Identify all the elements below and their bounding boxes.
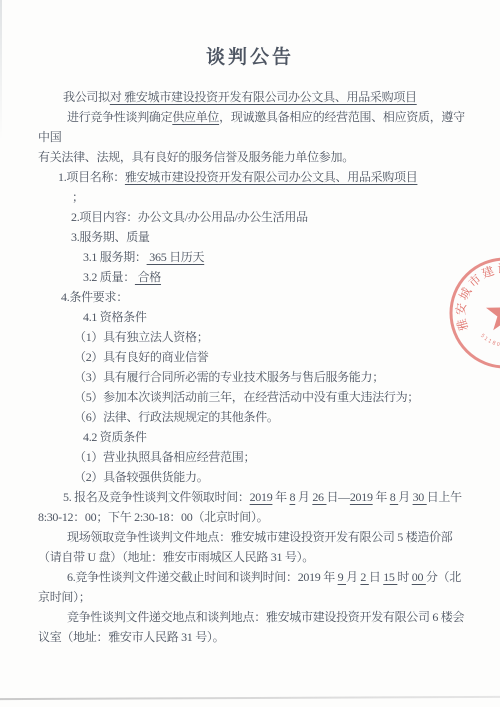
text-segment: 2.项目内容：办公文具/办公用品/办公生活用品 (71, 210, 308, 224)
clause-3: （3）具有履行合同所必需的专业技术服务与售后服务能力； (38, 367, 466, 387)
intro-line-2: 进行竞争性谈判确定供应单位，现诚邀具备相应的经营范围、相应资质，遵守中国 (38, 107, 466, 147)
clause-2: （2）具有良好的商业信誉 (38, 347, 466, 367)
text-segment: 竞争性谈判文件递交地点和谈判地点：雅安城市建设投资开发有限公司 6 楼会议室（地… (38, 610, 464, 644)
underlined-text: 雅安城市建设投资开发有限公司办公文具、用品采购项目 (125, 170, 418, 184)
intro-line-1: 我公司拟对 雅安城市建设投资开发有限公司办公文具、用品采购项目 (38, 87, 466, 107)
text-segment: 3.1 服务期： (83, 250, 147, 264)
underlined-text: 26 (312, 490, 326, 504)
text-segment: （6）法律、行政法规规定的其他条件。 (74, 410, 279, 424)
underlined-text: 供应单位 (172, 110, 219, 124)
pickup-location: 现场领取竞争性谈判文件地点：雅安城市建设投资开发有限公司 5 楼造价部（请自带 … (38, 527, 466, 567)
intro-line-3: 有关法律、法规，具有良好的服务信誉及服务能力单位参加。 (38, 147, 466, 167)
item-3-service-quality: 3.服务期、质量 (38, 227, 466, 247)
text-segment: 4.1 资格条件 (83, 310, 147, 324)
underlined-text: 00 (412, 570, 426, 584)
text-segment: 有关法律、法规，具有良好的服务信誉及服务能力单位参加。 (38, 150, 354, 164)
text-segment: 现场领取竞争性谈判文件地点：雅安城市建设投资开发有限公司 5 楼造价部（请自带 … (38, 530, 453, 564)
underlined-text: 8 (390, 490, 398, 504)
text-segment: 日— (326, 490, 349, 504)
text-segment: 4.2 资质条件 (83, 430, 147, 444)
underlined-text: 对 雅安城市建设投资开发有限公司办公文具、用品采购项目 (110, 90, 417, 104)
scanned-page: 谈判公告 我公司拟对 雅安城市建设投资开发有限公司办公文具、用品采购项目进行竞争… (0, 0, 500, 707)
item-1-semicolon: ； (38, 187, 466, 207)
underlined-text: 合格 (135, 270, 161, 284)
underlined-text: 2 (360, 570, 368, 584)
document-body: 我公司拟对 雅安城市建设投资开发有限公司办公文具、用品采购项目进行竞争性谈判确定… (0, 71, 500, 647)
text-segment: 6.竞争性谈判文件递交截止时间和谈判时间：2019 年 (67, 570, 338, 584)
item-4-requirements: 4.条件要求： (38, 287, 466, 307)
text-segment: 年 (373, 490, 390, 504)
text-segment: 1.项目名称： (58, 170, 125, 184)
text-segment: 进行竞争性谈判确定 (67, 110, 172, 124)
clause-1: （1）具有独立法人资格； (38, 327, 466, 347)
page-bottom-edge (0, 695, 500, 699)
text-segment: 月 (346, 570, 360, 584)
underlined-text: 30 (413, 490, 427, 504)
text-segment: 4.条件要求： (61, 290, 128, 304)
text-segment: ； (72, 190, 84, 204)
page-title: 谈判公告 (0, 0, 500, 71)
text-segment: （3）具有履行合同所必需的专业技术服务与售后服务能力； (74, 370, 384, 384)
item-4-1-qualification: 4.1 资格条件 (38, 307, 466, 327)
submission-location: 竞争性谈判文件递交地点和谈判地点：雅安城市建设投资开发有限公司 6 楼会议室（地… (38, 607, 466, 647)
clause-6: （6）法律、行政法规规定的其他条件。 (38, 407, 466, 427)
text-segment: 5. 报名及竞争性谈判文件领取时间： (63, 490, 250, 504)
text-segment: （1）具有独立法人资格； (74, 330, 208, 344)
item-3-1-service-period: 3.1 服务期： 365 日历天 (38, 247, 466, 267)
underlined-text: 2019 (350, 490, 373, 504)
item-6-submission-deadline: 6.竞争性谈判文件递交截止时间和谈判时间：2019 年 9 月 2 日 15 时… (38, 567, 466, 607)
text-segment: 年 (272, 490, 289, 504)
text-segment: （2）具备较强供货能力。 (74, 470, 208, 484)
underlined-text: 365 日历天 (147, 250, 205, 264)
clause-5: （5）参加本次谈判活动前三年，在经营活动中没有重大违法行为； (38, 387, 466, 407)
text-segment: （5）参加本次谈判活动前三年，在经营活动中没有重大违法行为； (74, 390, 419, 404)
page-left-edge (0, 0, 2, 140)
item-1-project-name: 1.项目名称：雅安城市建设投资开发有限公司办公文具、用品采购项目 (38, 167, 466, 187)
text-segment: 3.2 质量： (83, 270, 135, 284)
text-segment: 月 (398, 490, 412, 504)
text-segment: （1）营业执照具备相应经营范围； (74, 450, 255, 464)
underlined-text: 15 (383, 570, 397, 584)
text-segment: 时 (397, 570, 411, 584)
item-4-2-credentials: 4.2 资质条件 (38, 427, 466, 447)
credential-2: （2）具备较强供货能力。 (38, 467, 466, 487)
text-segment: 日 (369, 570, 383, 584)
item-2-project-content: 2.项目内容：办公文具/办公用品/办公生活用品 (38, 207, 466, 227)
text-segment: 我公司拟 (63, 90, 110, 104)
underlined-text: 9 (338, 570, 346, 584)
text-segment: 月 (295, 490, 312, 504)
text-segment: （2）具有良好的商业信誉 (74, 350, 208, 364)
item-5-document-pickup-time: 5. 报名及竞争性谈判文件领取时间：2019 年 8 月 26 日—2019 年… (38, 487, 466, 527)
credential-1: （1）营业执照具备相应经营范围； (38, 447, 466, 467)
item-3-2-quality: 3.2 质量： 合格 (38, 267, 466, 287)
text-segment: 3.服务期、质量 (71, 230, 150, 244)
underlined-text: 2019 (250, 490, 273, 504)
